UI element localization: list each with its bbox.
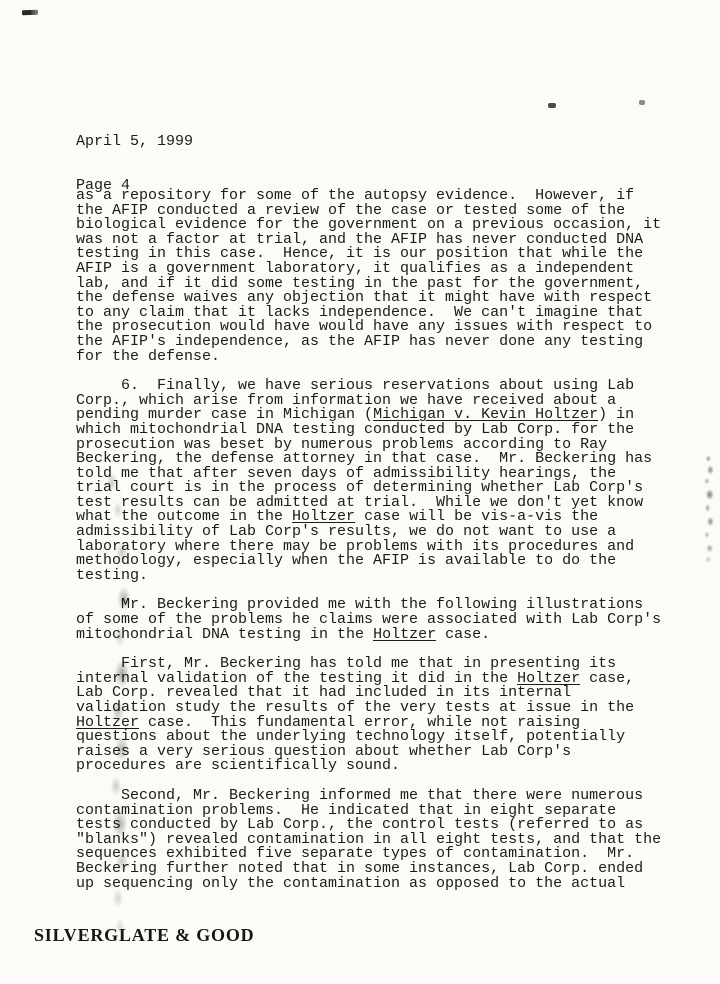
ink-speck [548,103,556,108]
paragraph: First, Mr. Beckering has told me that in… [76,657,661,774]
scan-mark-top-left [22,10,38,16]
underlined-case-citation: Michigan v. Kevin Holtzer [373,406,598,423]
paragraph: Second, Mr. Beckering informed me that t… [76,789,661,891]
letter-body: as a repository for some of the autopsy … [76,189,661,906]
underlined-case-citation: Holtzer [517,670,580,687]
underlined-case-citation: Holtzer [292,508,355,525]
paragraph: Mr. Beckering provided me with the follo… [76,598,661,642]
scanner-streak-right [702,452,716,564]
ink-speck [639,100,645,105]
paragraph: 6. Finally, we have serious reservations… [76,379,661,583]
underlined-case-citation: Holtzer [373,626,436,643]
document-page: April 5, 1999 Page 4 as a repository for… [0,0,720,984]
underlined-case-citation: Holtzer [76,714,139,731]
date-line: April 5, 1999 [76,135,193,150]
firm-name: SILVERGLATE & GOOD [34,925,254,946]
paragraph: as a repository for some of the autopsy … [76,189,661,364]
